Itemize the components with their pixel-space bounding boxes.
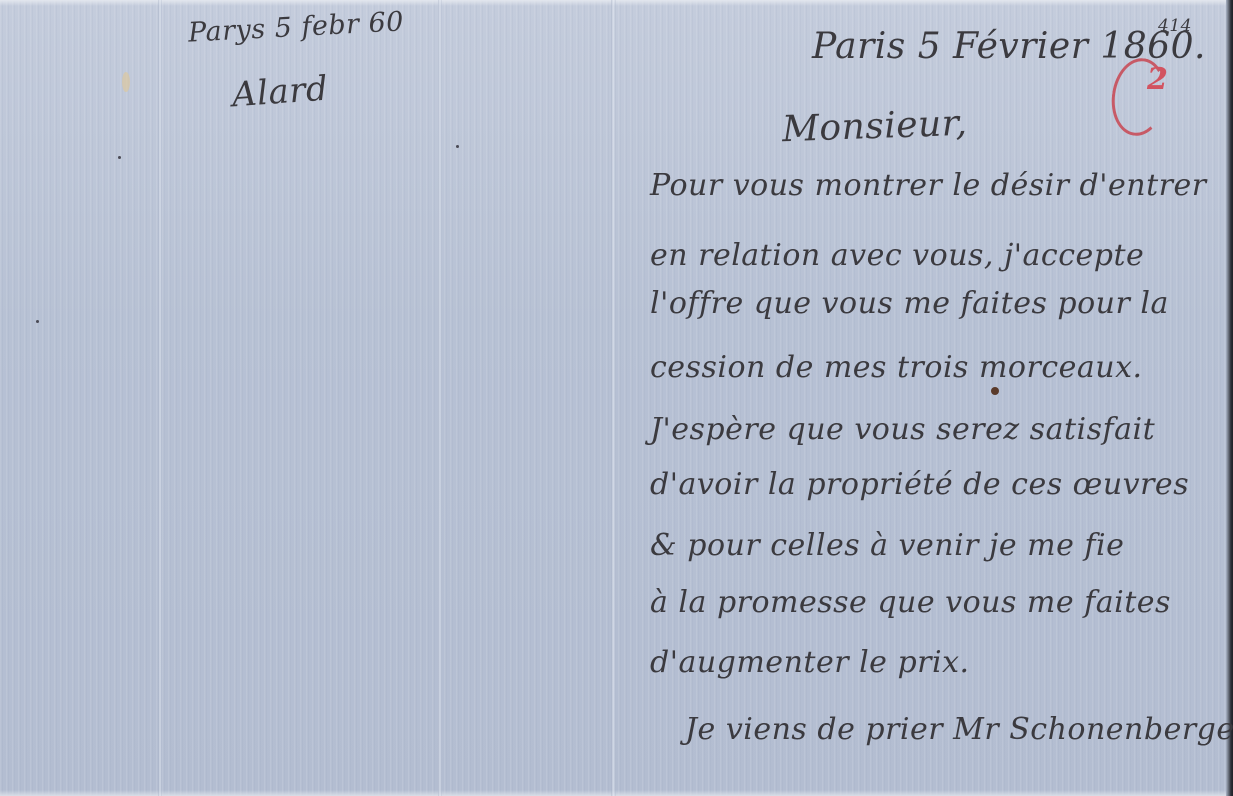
body-line: l'offre que vous me faites pour la xyxy=(650,286,1169,321)
body-line: cession de mes trois morceaux. xyxy=(650,350,1143,385)
docket-correspondent: Alard xyxy=(231,69,330,116)
folio-mark: 414 xyxy=(1158,16,1192,36)
body-line: à la promesse que vous me faites xyxy=(650,585,1171,620)
ink-dot xyxy=(456,145,459,148)
fold-line xyxy=(438,0,442,796)
body-line: & pour celles à venir je me fie xyxy=(650,528,1124,563)
red-archive-number: 2 xyxy=(1147,62,1168,97)
body-line: J'espère que vous serez satisfait xyxy=(650,412,1155,447)
fold-line xyxy=(158,0,162,796)
ink-blot xyxy=(991,387,999,395)
paper-right-edge-shadow xyxy=(1226,0,1233,796)
paper-top-edge xyxy=(0,0,1233,6)
ink-dot xyxy=(118,156,121,159)
paper-bottom-edge xyxy=(0,790,1233,796)
letter-salutation: Monsieur, xyxy=(781,103,968,150)
body-line: d'avoir la propriété de ces œuvres xyxy=(650,467,1189,502)
body-line: Pour vous montrer le désir d'entrer xyxy=(650,168,1207,203)
letter-sheet: Parys 5 febr 60 Alard Paris 5 Février 18… xyxy=(0,0,1233,796)
body-line: en relation avec vous, j'accepte xyxy=(650,238,1144,273)
body-line: d'augmenter le prix. xyxy=(650,645,970,680)
center-fold-line xyxy=(611,0,616,796)
paper-stain xyxy=(122,72,130,92)
ink-dot xyxy=(36,320,39,323)
body-line: Je viens de prier Mr Schonenberger xyxy=(685,712,1233,747)
docket-place-date: Parys 5 febr 60 xyxy=(187,6,404,48)
